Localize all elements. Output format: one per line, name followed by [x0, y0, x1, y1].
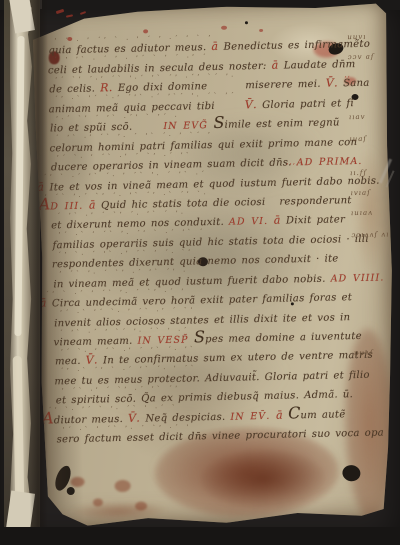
marginal-neumes: ʼʼʼ	[286, 162, 296, 170]
red-edge-mark	[80, 11, 86, 15]
text-segment: mea.	[55, 356, 86, 368]
marginal-neumes: ɔɔıʌʌſ ʌı	[351, 230, 389, 239]
melisma-gap	[215, 107, 245, 109]
text-segment: Admã. ū.	[304, 389, 353, 401]
text-segment: C	[288, 403, 301, 422]
red-dot-top-edge	[259, 29, 263, 32]
text-segment: Gloria patri et fi	[262, 98, 354, 111]
text-segment: ā	[211, 40, 223, 53]
marginal-neumes: ıuıaʌ	[351, 209, 373, 217]
marginal-neumes: uuʌſ	[354, 349, 374, 357]
melisma-gap	[265, 204, 279, 205]
text-segment: ā	[271, 58, 283, 71]
text-segment: AD VI.	[229, 216, 274, 228]
marginal-neumes: ııav	[349, 113, 366, 121]
text-segment: imile est enim regnũ	[224, 118, 339, 131]
text-segment: um autẽ	[300, 409, 345, 421]
worm-hole	[67, 487, 75, 495]
marginal-neumes: uuvı	[347, 33, 366, 41]
stain-bottom-dark-lobe	[200, 448, 326, 511]
stain-bottom-left-band	[71, 501, 166, 521]
text-segment: miserere mei.	[245, 79, 326, 92]
text-segment: V̄.	[326, 77, 344, 90]
text-segment: AD VIIII.	[331, 272, 385, 284]
melisma-gap	[137, 128, 163, 130]
red-dot-top-edge	[221, 26, 227, 30]
text-segment: responderunt	[279, 195, 352, 208]
marginal-neumes: ıı.fſ	[350, 169, 367, 177]
text-segment: AD PRIMA.	[297, 156, 363, 168]
text-segment: R.	[100, 81, 118, 94]
text-segment: pes mea domine a iuventute	[205, 331, 362, 345]
text-segment: Dixit pater	[286, 215, 345, 227]
stain-speckle	[135, 501, 147, 510]
manuscript-photograph: ʼ ˊ · ʼ ˊʼ ˋ · ʼ ˊ ʼ ·ˊ ʼ ˋ ʼquia factus…	[0, 0, 400, 545]
text-block: ʼ ˊ · ʼ ˊʼ ˋ · ʼ ˊ ʼ ·ˊ ʼ ˋ ʼquia factus…	[47, 32, 389, 447]
marginal-neumes: ıvıaſ	[350, 189, 370, 197]
text-segment: Laudate dn̄m	[284, 59, 356, 71]
text-segment: S	[194, 327, 205, 346]
text-segment: V̄.	[245, 98, 263, 111]
text-segment: ā	[40, 297, 52, 310]
worm-hole	[245, 21, 248, 24]
text-segment: D III.	[50, 201, 89, 213]
text-segment: Gloria patri et filio	[265, 370, 370, 383]
text-segment: IN EV̄.	[230, 410, 276, 422]
red-dot-top-edge	[143, 29, 148, 33]
text-segment: ā	[37, 180, 49, 193]
marginal-neumes: ɔɔv aſ	[348, 53, 375, 62]
text-segment: V̄.	[128, 411, 146, 424]
red-edge-mark	[66, 14, 73, 17]
text-segment: S	[213, 113, 224, 132]
text-segment: A	[39, 194, 51, 213]
melisma-gap	[207, 88, 245, 90]
marginal-neumes: ʼʼ	[344, 75, 351, 83]
text-segment: A	[42, 408, 54, 427]
stain-speckle	[93, 498, 103, 506]
worm-hole	[341, 464, 361, 483]
text-segment: Benedictus es infirmamẽto	[223, 39, 370, 53]
text-segment: V̄.	[86, 354, 104, 367]
manuscript-page: ʼ ˊ · ʼ ˊʼ ˋ · ʼ ˊ ʼ ·ˊ ʼ ˋ ʼquia factus…	[31, 0, 398, 527]
stain-speckle	[115, 480, 131, 492]
text-segment: ā	[274, 214, 286, 227]
text-segment: ā	[89, 198, 101, 211]
text-segment: Q̃a ex primis diebusq̃ maius.	[141, 390, 304, 404]
red-edge-mark	[56, 9, 65, 14]
text-segment: Adiuvauit̃.	[205, 372, 265, 384]
text-segment: ā	[276, 408, 288, 421]
manuscript-line: ʼˊ ·ˋ ʼ ˊˋ ʼ· ˊ ˋʼ ·ˊ ʼsero factum esset…	[56, 421, 390, 447]
stain-speckle	[70, 477, 84, 487]
text-segment: Neq̃ despicias.	[145, 411, 230, 424]
backdrop-bottom-strip	[0, 527, 400, 545]
marginal-neumes: ıuaſ	[349, 135, 367, 143]
